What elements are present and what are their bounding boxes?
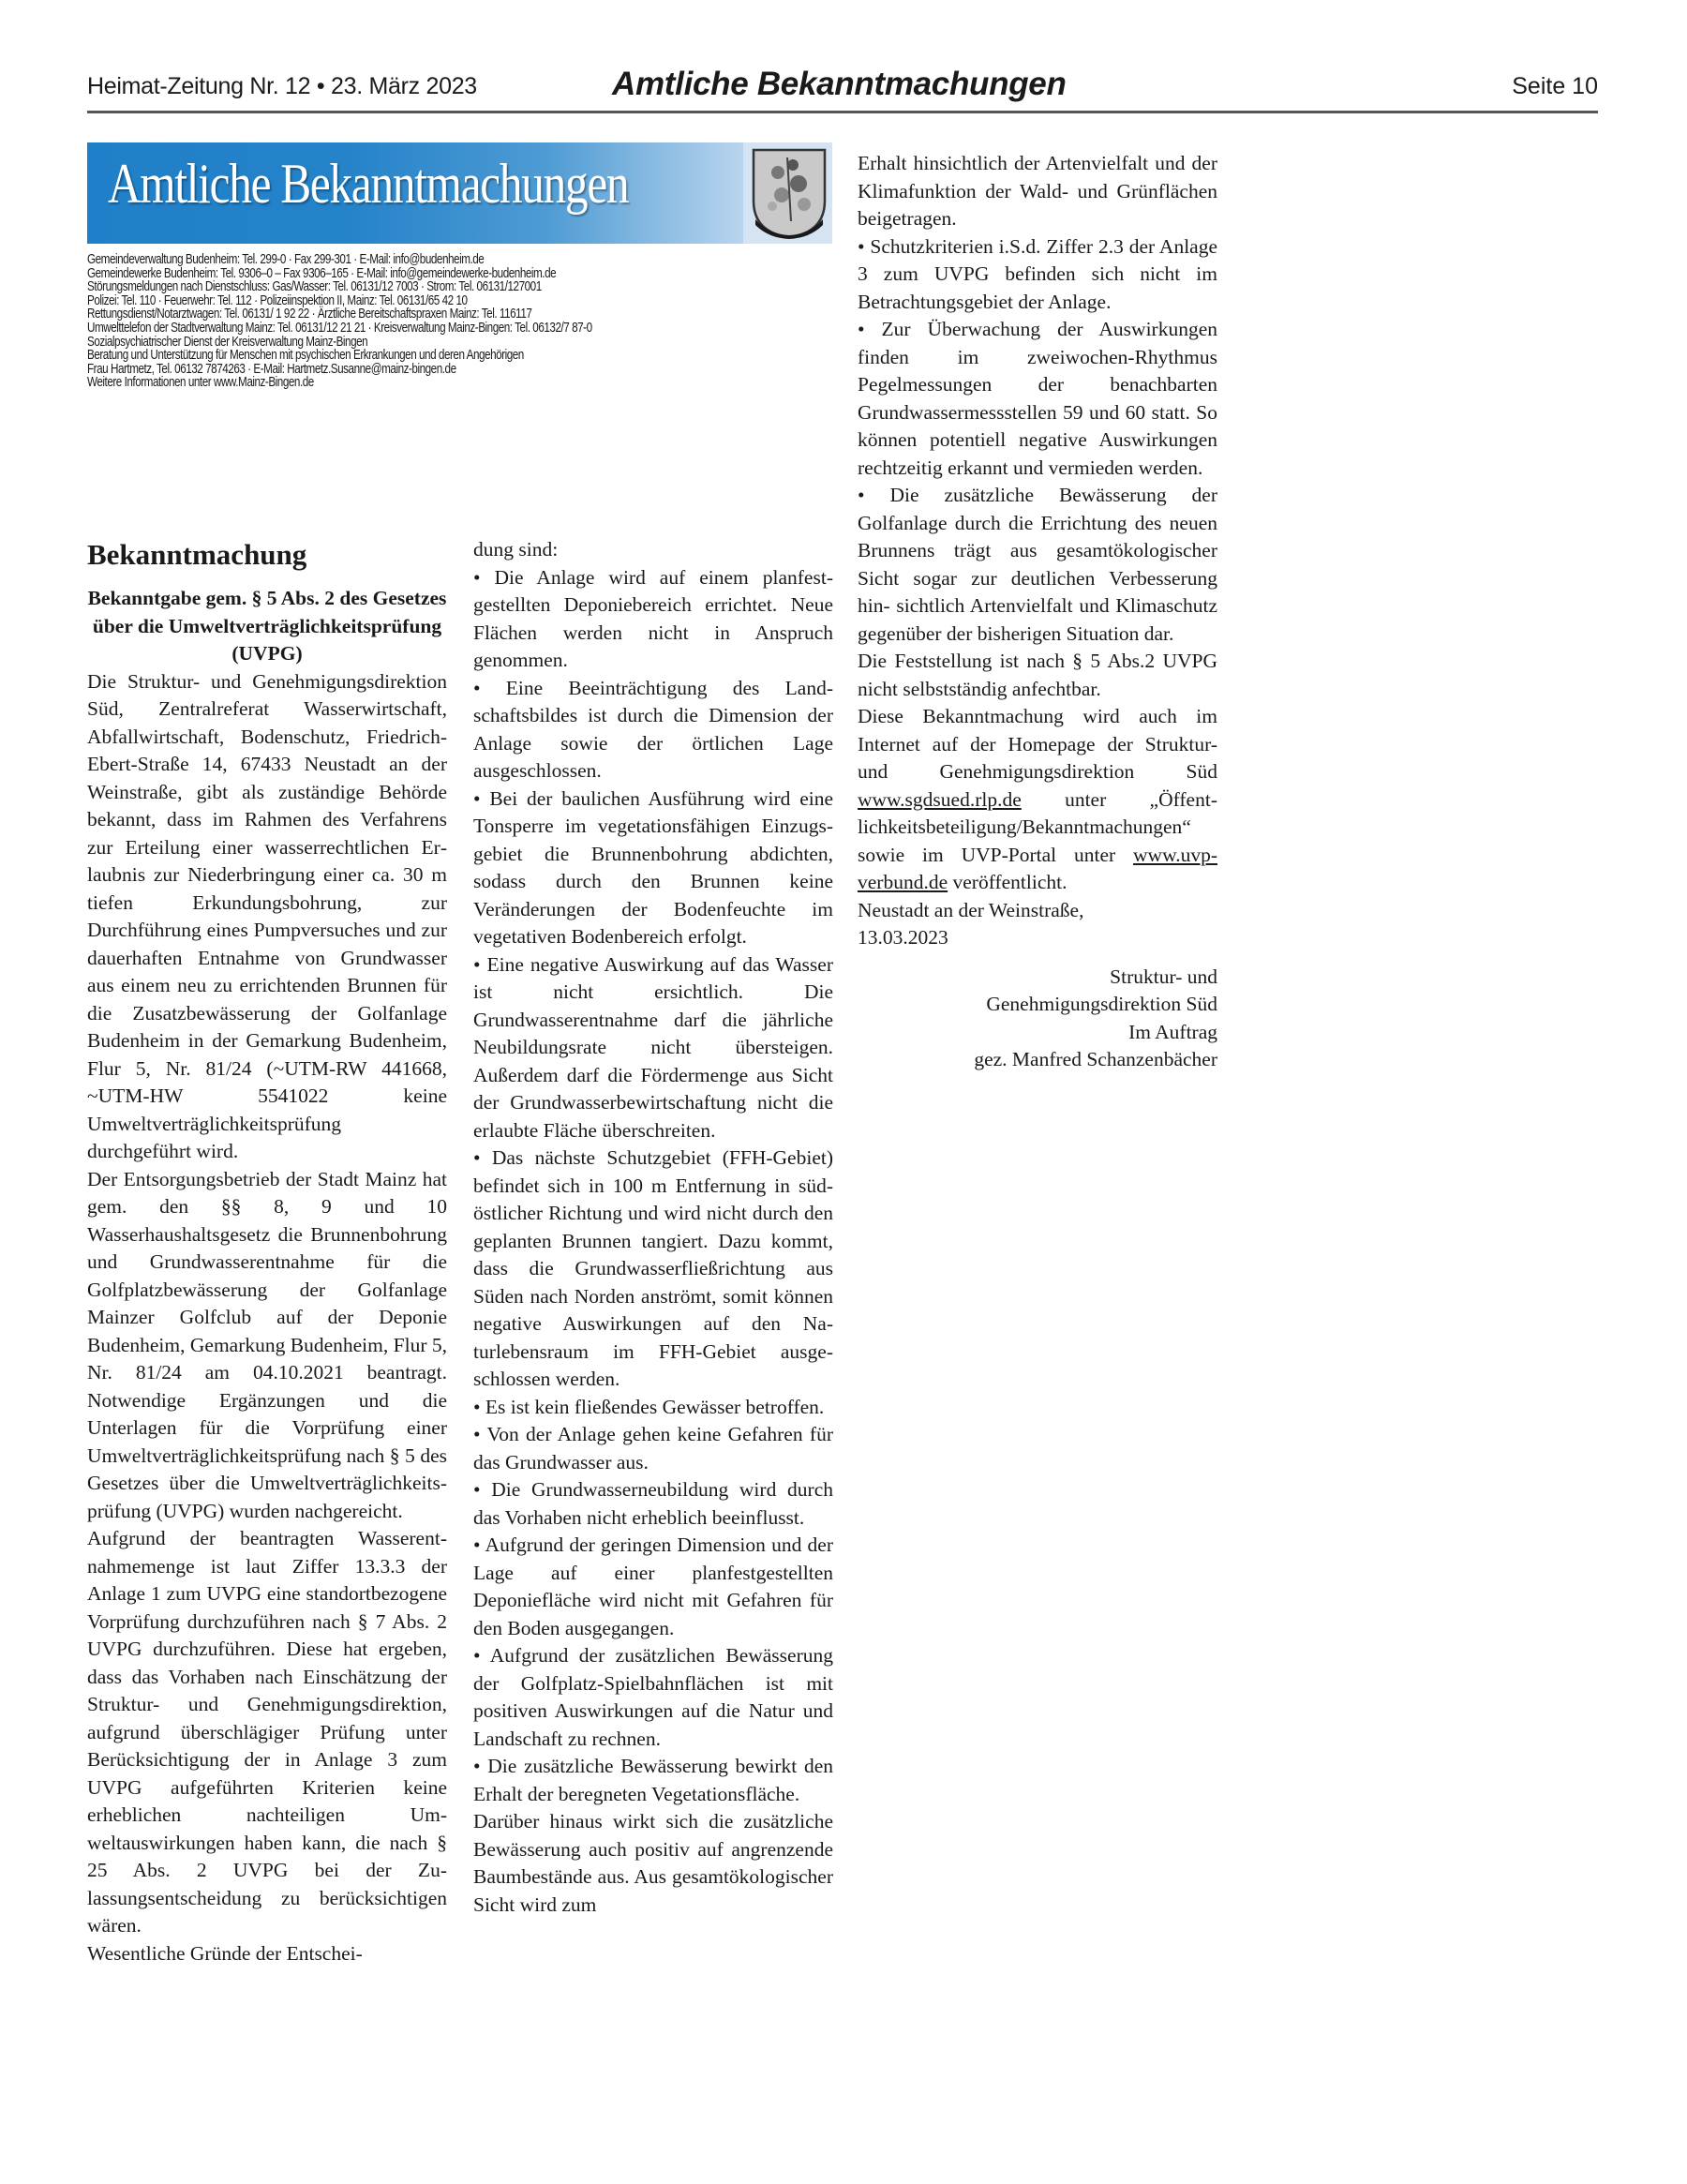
paragraph: dung sind: xyxy=(473,536,833,564)
paragraph: Erhalt hinsichtlich der Artenvielfalt un… xyxy=(858,150,1217,233)
bullet-item: • Aufgrund der geringen Dimension und de… xyxy=(473,1532,833,1642)
bullet-item: • Aufgrund der zusätzlichen Bewässe­rung… xyxy=(473,1642,833,1753)
publication-text: Diese Bekanntmachung wird auch im Intern… xyxy=(858,705,1217,783)
signature-line: Im Auftrag xyxy=(858,1019,1217,1047)
signature-line: gez. Manfred Schanzenbächer xyxy=(858,1046,1217,1074)
article-subheading: Bekanntgabe gem. § 5 Abs. 2 des Gesetzes… xyxy=(87,585,447,668)
article-heading: Bekanntmachung xyxy=(87,536,447,574)
page-number: Seite 10 xyxy=(1512,73,1598,100)
page-header: Heimat-Zeitung Nr. 12 • 23. März 2023 Am… xyxy=(87,66,1598,103)
bullet-item: • Schutzkriterien i.S.d. Ziffer 2.3 der … xyxy=(858,233,1217,317)
contact-line: Weitere Informationen unter www.Mainz-Bi… xyxy=(87,376,800,390)
bullet-item: • Die Anlage wird auf einem planfest­ges… xyxy=(473,564,833,675)
signature-line: Genehmigungsdirektion Süd xyxy=(858,991,1217,1019)
article-column-1: Bekanntmachung Bekanntgabe gem. § 5 Abs.… xyxy=(87,536,447,1967)
paragraph: Wesentliche Gründe der Entschei- xyxy=(87,1940,447,1968)
header-divider xyxy=(87,111,1598,113)
article-column-3: Erhalt hinsichtlich der Artenvielfalt un… xyxy=(858,150,1217,1074)
sgd-link[interactable]: www.sgdsued.rlp.de xyxy=(858,788,1022,811)
bullet-item: • Eine Beeinträchtigung des Land­schafts… xyxy=(473,675,833,785)
issue-info: Heimat-Zeitung Nr. 12 • 23. März 2023 xyxy=(87,73,477,100)
paragraph: Die Struktur- und Genehmigungsdi­rektion… xyxy=(87,668,447,1166)
coat-of-arms-icon xyxy=(750,146,829,240)
date: 13.03.2023 xyxy=(858,924,1217,952)
signature-block: Struktur- und Genehmigungsdirektion Süd … xyxy=(858,964,1217,1074)
signature-line: Struktur- und xyxy=(858,964,1217,992)
paragraph: Darüber hinaus wirkt sich die zusätz­lic… xyxy=(473,1808,833,1919)
bullet-item: • Es ist kein fließendes Gewässer be­tro… xyxy=(473,1394,833,1422)
contact-info-block: Gemeindeverwaltung Budenheim: Tel. 299-0… xyxy=(87,253,800,390)
place: Neustadt an der Weinstraße, xyxy=(858,897,1217,925)
bullet-item: • Zur Überwachung der Auswirkun­gen find… xyxy=(858,316,1217,482)
paragraph: Der Entsorgungsbetrieb der Stadt Mainz h… xyxy=(87,1166,447,1526)
section-title: Amtliche Bekanntmachungen xyxy=(612,66,1067,103)
bullet-item: • Die zusätzliche Bewässerung be­wirkt d… xyxy=(473,1753,833,1808)
bullet-item: • Das nächste Schutzgebiet (FFH-Ge­biet)… xyxy=(473,1144,833,1394)
bullet-item: • Die zusätzliche Bewässerung der Golfan… xyxy=(858,482,1217,648)
bullet-item: • Die Grundwasserneubildung wird durch d… xyxy=(473,1476,833,1532)
banner-background: Amtliche Bekanntmachungen xyxy=(87,142,743,244)
bullet-item: • Bei der baulichen Ausführung wird eine… xyxy=(473,785,833,951)
publication-text: veröffentlicht. xyxy=(948,871,1067,893)
bullet-item: • Eine negative Auswirkung auf das Wasse… xyxy=(473,951,833,1145)
paragraph: Aufgrund der beantragten Wasserent­nahme… xyxy=(87,1525,447,1940)
banner-title: Amtliche Bekanntmachungen xyxy=(108,152,628,217)
paragraph: Die Feststellung ist nach § 5 Abs.2 UVPG… xyxy=(858,648,1217,703)
section-banner: Amtliche Bekanntmachungen xyxy=(87,142,837,246)
article-column-2: dung sind: • Die Anlage wird auf einem p… xyxy=(473,536,833,1919)
bullet-item: • Von der Anlage gehen keine Gefah­ren f… xyxy=(473,1421,833,1476)
publication-note: Diese Bekanntmachung wird auch im Intern… xyxy=(858,703,1217,897)
